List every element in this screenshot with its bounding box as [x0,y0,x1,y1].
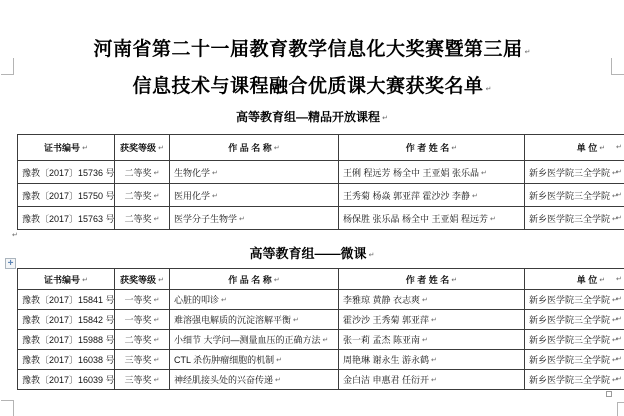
document-title-line1: 河南省第二十一届教育教学信息化大奖赛暨第三届 [0,33,624,70]
document-title: 河南省第二十一届教育教学信息化大奖赛暨第三届 信息技术与课程融合优质课大赛获奖名… [0,33,624,107]
authors-cell: 王秀菊 杨焱 郭亚萍 霍沙沙 李静 [339,184,525,207]
cert-cell: 豫教〔2017〕15988 号 [18,330,115,350]
table-resize-handle[interactable] [606,391,612,397]
table-row: 豫教〔2017〕15750 号 二等奖 医用化学 王秀菊 杨焱 郭亚萍 霍沙沙 … [18,184,624,207]
unit-cell: 新乡医学院三全学院 [525,161,624,184]
unit-cell: 新乡医学院三全学院 [525,310,624,330]
unit-cell: 新乡医学院三全学院 [525,207,624,230]
table-row: 豫教〔2017〕15988 号 二等奖 小细节 大学问—测量血压的正确方法 张一… [18,330,624,350]
cert-cell: 豫教〔2017〕15736 号 [18,161,115,184]
column-header-unit: 单 位 [525,269,624,290]
column-header-certificate-no: 证书编号 [18,269,115,290]
column-header-work-title: 作 品 名 称 [170,269,339,290]
text-boundary-corner-bottom-left [1,400,14,416]
award-cell: 二等奖 [115,161,170,184]
column-header-author-names: 作 者 姓 名 [339,269,525,290]
text-boundary-corner-bottom-right [617,402,624,416]
table-row: 豫教〔2017〕15763 号 二等奖 医学分子生物学 杨保胜 张乐晶 杨全中 … [18,207,624,230]
cert-cell: 豫教〔2017〕15750 号 [18,184,115,207]
column-header-work-title: 作 品 名 称 [170,135,339,161]
section-heading-micro-lecture: 高等教育组——微课 [0,243,624,262]
table-row: 豫教〔2017〕15842 号 一等奖 难溶强电解质的沉淀溶解平衡 霍沙沙 王秀… [18,310,624,330]
work-cell: 神经肌接头处的兴奋传递 [170,370,339,390]
award-cell: 二等奖 [115,330,170,350]
unit-cell: 新乡医学院三全学院 [525,184,624,207]
unit-cell: 新乡医学院三全学院 [525,290,624,310]
work-cell: 心脏的叩诊 [170,290,339,310]
document-title-line2: 信息技术与课程融合优质课大赛获奖名单 [0,70,624,107]
table-row: 豫教〔2017〕15736 号 二等奖 生物化学 王俐 程远芳 杨全中 王亚娟 … [18,161,624,184]
awards-table-micro-lecture: 证书编号 获奖等级 作 品 名 称 作 者 姓 名 单 位 豫教〔2017〕15… [17,268,624,390]
cert-cell: 豫教〔2017〕15841 号 [18,290,115,310]
awards-table-premium-open-courses: 证书编号 获奖等级 作 品 名 称 作 者 姓 名 单 位 豫教〔2017〕15… [17,134,624,230]
document-page: 河南省第二十一届教育教学信息化大奖赛暨第三届 信息技术与课程融合优质课大赛获奖名… [0,0,624,416]
unit-cell: 新乡医学院三全学院 [525,350,624,370]
work-cell: 医用化学 [170,184,339,207]
column-header-unit: 单 位 [525,135,624,161]
column-header-award-level: 获奖等级 [115,135,170,161]
section-heading-premium-open-courses: 高等教育组—精品开放课程 [0,108,624,125]
table-row: 豫教〔2017〕15841 号 一等奖 心脏的叩诊 李雅琼 黄静 衣志爽 新乡医… [18,290,624,310]
authors-cell: 王俐 程远芳 杨全中 王亚娟 张乐晶 [339,161,525,184]
cert-cell: 豫教〔2017〕16039 号 [18,370,115,390]
table-row: 豫教〔2017〕16038 号 三等奖 CTL 杀伤肿瘤细胞的机制 周艳琳 谢永… [18,350,624,370]
award-cell: 三等奖 [115,350,170,370]
cert-cell: 豫教〔2017〕15842 号 [18,310,115,330]
table-header-row: 证书编号 获奖等级 作 品 名 称 作 者 姓 名 单 位 [18,135,624,161]
table-row: 豫教〔2017〕16039 号 三等奖 神经肌接头处的兴奋传递 金白洁 申惠君 … [18,370,624,390]
award-cell: 二等奖 [115,184,170,207]
authors-cell: 张一莉 孟杰 陈亚南 [339,330,525,350]
unit-cell: 新乡医学院三全学院 [525,370,624,390]
cert-cell: 豫教〔2017〕15763 号 [18,207,115,230]
award-cell: 一等奖 [115,290,170,310]
work-cell: CTL 杀伤肿瘤细胞的机制 [170,350,339,370]
column-header-award-level: 获奖等级 [115,269,170,290]
award-cell: 二等奖 [115,207,170,230]
column-header-certificate-no: 证书编号 [18,135,115,161]
authors-cell: 杨保胜 张乐晶 杨全中 王亚娟 程远芳 [339,207,525,230]
column-header-author-names: 作 者 姓 名 [339,135,525,161]
empty-paragraph-mark: ↵ [12,231,18,239]
table-move-handle-icon[interactable]: + [5,258,16,269]
work-cell: 小细节 大学问—测量血压的正确方法 [170,330,339,350]
award-cell: 一等奖 [115,310,170,330]
work-cell: 医学分子生物学 [170,207,339,230]
unit-cell: 新乡医学院三全学院 [525,330,624,350]
work-cell: 生物化学 [170,161,339,184]
work-cell: 难溶强电解质的沉淀溶解平衡 [170,310,339,330]
authors-cell: 霍沙沙 王秀菊 郭亚萍 [339,310,525,330]
authors-cell: 李雅琼 黄静 衣志爽 [339,290,525,310]
authors-cell: 金白洁 申惠君 任衍开 [339,370,525,390]
cert-cell: 豫教〔2017〕16038 号 [18,350,115,370]
table-header-row: 证书编号 获奖等级 作 品 名 称 作 者 姓 名 单 位 [18,269,624,290]
award-cell: 三等奖 [115,370,170,390]
authors-cell: 周艳琳 谢永生 游永鹤 [339,350,525,370]
